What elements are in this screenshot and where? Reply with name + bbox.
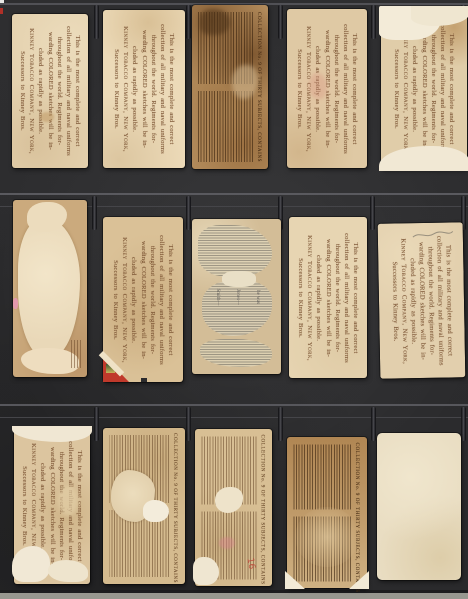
back-text-line: throughout the world. Regiments for- bbox=[148, 223, 157, 376]
text-fragment-illegible bbox=[71, 340, 81, 368]
back-text-line: Successors to Kinney Bros. bbox=[295, 15, 304, 162]
slot-tab bbox=[371, 5, 376, 39]
slot-tab bbox=[370, 196, 375, 230]
card-r3c3-checklist-back: COLLECTION No. 9 OF THIRTY SUBJECTS, CON… bbox=[195, 429, 272, 586]
slot-tab bbox=[278, 5, 283, 39]
back-text-line: This is the most complete and correct bbox=[447, 14, 456, 163]
scrap-fragment-text: Jones— bbox=[233, 237, 240, 357]
stain bbox=[40, 112, 54, 122]
back-text-line: cluded as rapidly as possible. bbox=[130, 16, 139, 162]
checklist-header: COLLECTION No. 9 OF THIRTY SUBJECTS, CON… bbox=[172, 433, 178, 579]
slot-tab bbox=[186, 407, 191, 441]
holder-row3-ridge-inner bbox=[0, 417, 468, 418]
slot-tab bbox=[92, 196, 97, 230]
back-text-line: collection of all military and naval uni… bbox=[64, 20, 73, 162]
back-text-line: This is the most complete and correct bbox=[350, 15, 359, 162]
card-back-text: This is the most complete and correct co… bbox=[16, 20, 84, 162]
back-text-line: cluded as rapidly as possible. bbox=[36, 20, 45, 162]
back-text-line: Successors to Kinney Bros. bbox=[112, 16, 121, 162]
pink-stain bbox=[309, 73, 327, 99]
card-r3c4-checklist-back-stained: COLLECTION No. 9 OF THIRTY SUBJECTS, CON… bbox=[287, 437, 367, 588]
back-text-line: This is the most complete and correct bbox=[166, 223, 175, 376]
back-text-line: Kinney Tobacco Company, New York, bbox=[121, 16, 130, 162]
pencil-mark bbox=[412, 228, 454, 241]
pink-speck bbox=[13, 298, 18, 309]
back-text-line: throughout the world. Regiments for- bbox=[149, 16, 158, 162]
back-text-line: Kinney Tobacco Company, New York, bbox=[305, 223, 314, 372]
back-text-line: Kinney Tobacco Company, New York, bbox=[27, 20, 36, 162]
stain bbox=[58, 486, 78, 516]
scrap-fragments: he was Jones— Smith— bbox=[207, 237, 267, 357]
checklist-column bbox=[197, 91, 253, 163]
scrap-fragment-text: he was bbox=[253, 237, 260, 357]
stain bbox=[295, 507, 359, 567]
back-text-line: cluded as rapidly as possible. bbox=[314, 223, 323, 372]
card-back-text: This is the most complete and correct co… bbox=[107, 223, 179, 376]
back-text-line: Successors to Kinney Bros. bbox=[296, 223, 305, 372]
back-text-line: throughout the world. Regiments for- bbox=[332, 15, 341, 162]
card-r3c5-blank-back bbox=[377, 433, 461, 580]
back-text-line: Successors to Kinney Bros. bbox=[388, 229, 400, 372]
red-edge-speck bbox=[0, 8, 3, 14]
corner-speck bbox=[0, 0, 4, 3]
slot-tab bbox=[186, 196, 191, 230]
holder-row2-ridge bbox=[0, 193, 468, 195]
card-back-text: This is the most complete and correct co… bbox=[107, 16, 181, 162]
back-text-line: collection of all military and naval uni… bbox=[341, 15, 350, 162]
card-r3c2-checklist-back: COLLECTION No. 9 OF THIRTY SUBJECTS, CON… bbox=[103, 428, 185, 584]
card-r2c3-newspaper-scrap-back: he was Jones— Smith— bbox=[192, 219, 281, 374]
checklist-column bbox=[293, 444, 351, 509]
paper-residue-blob bbox=[143, 500, 169, 522]
back-text-line: Successors to Kinney Bros. bbox=[111, 223, 120, 376]
back-text-line: warding COLORED sketches will be in- bbox=[45, 20, 54, 162]
slot-tab bbox=[94, 5, 99, 39]
back-text-line: This is the most complete and correct bbox=[73, 20, 82, 162]
back-text-line: Successors to Kinney Bros. bbox=[18, 20, 27, 162]
back-text-line: This is the most complete and correct bbox=[351, 223, 360, 372]
slot-tab bbox=[94, 407, 99, 441]
back-text-line: throughout the world. Regiments for- bbox=[55, 20, 64, 162]
edge-notch bbox=[141, 378, 147, 382]
back-text-line: collection of all military and naval uni… bbox=[157, 223, 166, 376]
back-text-line: throughout the world. Regiments for- bbox=[333, 223, 342, 372]
card-r3c1-standard-back-residue: This is the most complete and correct co… bbox=[14, 428, 90, 584]
card-r1c5-standard-back-torn: This is the most complete and correct co… bbox=[381, 8, 467, 169]
card-r2c1-residue-covered-back bbox=[13, 200, 87, 377]
holder-bottom-strip bbox=[0, 593, 468, 599]
card-r2c2-standard-back-peeled-corner: This is the most complete and correct co… bbox=[103, 217, 183, 382]
back-text-line: warding COLORED sketches will be in- bbox=[323, 223, 332, 372]
card-r1c1-standard-back: This is the most complete and correct co… bbox=[12, 14, 88, 168]
back-text-line: throughout the world. Regiments for- bbox=[429, 14, 438, 163]
back-text-line: Kinney Tobacco Company, New York, bbox=[120, 223, 129, 376]
checklist-header: COLLECTION No. 9 OF THIRTY SUBJECTS, CON… bbox=[259, 434, 265, 581]
back-text-line: cluded as rapidly as possible. bbox=[129, 223, 138, 376]
paper-residue-blob bbox=[12, 546, 50, 582]
checklist-header: COLLECTION No. 9 OF THIRTY SUBJECTS, CON… bbox=[354, 442, 360, 583]
paper-residue-blob bbox=[18, 218, 80, 358]
stain bbox=[200, 9, 230, 35]
card-back-text: This is the most complete and correct co… bbox=[293, 223, 363, 372]
card-r1c3-checklist-back-stained: COLLECTION No. 9 OF THIRTY SUBJECTS, CON… bbox=[192, 5, 268, 169]
back-text-line: warding COLORED sketches will be in- bbox=[138, 223, 147, 376]
back-text-line: collection of all military and naval uni… bbox=[158, 16, 167, 162]
slot-tab bbox=[371, 407, 376, 441]
back-text-line: collection of all military and naval uni… bbox=[438, 14, 447, 163]
card-r2c5-standard-back-pencil: This is the most complete and correct co… bbox=[378, 222, 466, 378]
back-text-line: This is the most complete and correct bbox=[167, 16, 176, 162]
paper-residue-blob bbox=[48, 560, 88, 582]
card-back-text: This is the most complete and correct co… bbox=[382, 228, 461, 372]
card-r1c4-standard-back: This is the most complete and correct co… bbox=[287, 9, 367, 168]
card-holder-page: This is the most complete and correct co… bbox=[0, 0, 468, 599]
slot-tab bbox=[461, 407, 466, 441]
holder-row3-ridge bbox=[0, 404, 468, 406]
back-text-line: collection of all military and naval uni… bbox=[342, 223, 351, 372]
slot-tab bbox=[186, 5, 191, 39]
card-r2c4-standard-back: This is the most complete and correct co… bbox=[289, 217, 367, 378]
pink-mark bbox=[219, 537, 235, 549]
back-text-line: warding COLORED sketches will be in- bbox=[139, 16, 148, 162]
paper-residue-blob bbox=[193, 557, 219, 585]
scrap-fragment-text: Smith— bbox=[213, 237, 220, 357]
slot-tab bbox=[278, 407, 283, 441]
card-r1c2-standard-back: This is the most complete and correct co… bbox=[103, 10, 185, 168]
card-back-text: This is the most complete and correct co… bbox=[291, 15, 363, 162]
